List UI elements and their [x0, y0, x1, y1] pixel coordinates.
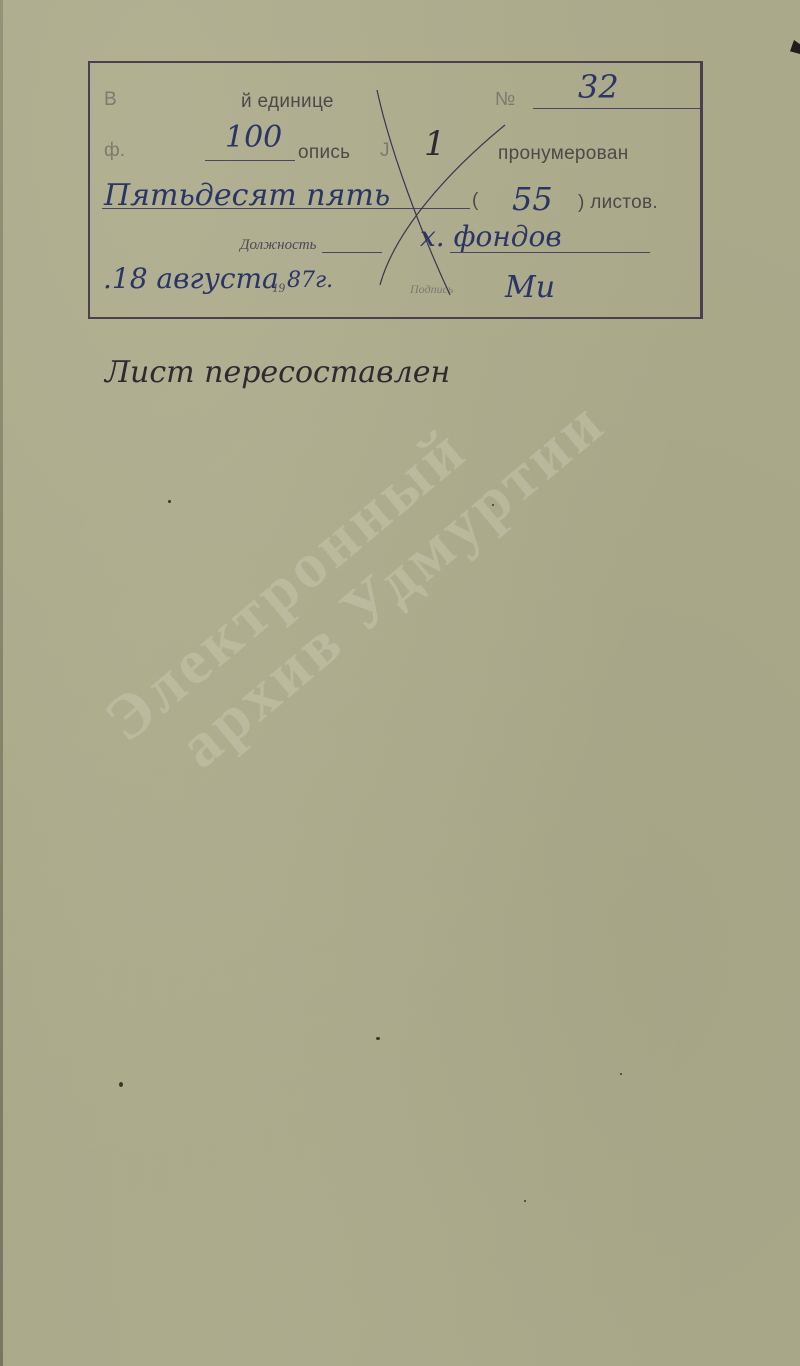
- watermark: Электронный архив Удмуртии: [90, 332, 619, 808]
- paper-speck: [492, 504, 494, 506]
- paper-speck: [119, 1082, 123, 1087]
- paper-speck: [620, 1073, 622, 1075]
- cross-out-strokes: [0, 0, 800, 400]
- handwritten-note: Лист пересоставлен: [105, 355, 450, 390]
- document-page: Электронный архив Удмуртии В й единице №…: [0, 0, 800, 1366]
- paper-speck: [168, 500, 171, 503]
- paper-speck: [524, 1200, 526, 1202]
- paper-speck: [376, 1037, 380, 1040]
